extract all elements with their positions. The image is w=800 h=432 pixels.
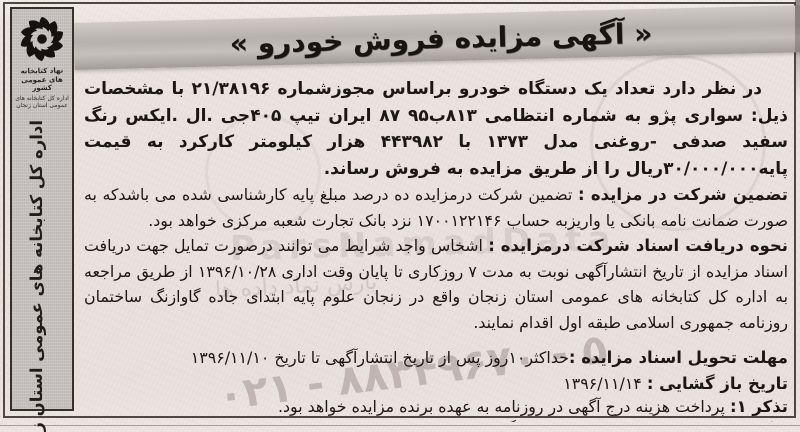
section-label: تاریخ باز گشایی :	[647, 374, 788, 393]
page-fold-line	[0, 425, 800, 426]
section-text: پرداخت هزینه درج آگهی در روزنامه به عهده…	[278, 397, 730, 416]
section-guarantee: تضمین شرکت در مزایده : تضمین شرکت درمزای…	[84, 182, 788, 233]
admin-office-small-name: اداره کل کتابخانه های عمومی استان زنجان	[12, 94, 72, 110]
section-delivery-deadline: مهلت تحویل اسناد مزایده :حداکثر۱۰روز پس …	[84, 345, 788, 371]
section-label: نحوه دریافت اسناد شرکت درمزایده :	[488, 236, 788, 255]
section-text: حداکثر۱۰روز پس از تاریخ انتشارآگهی تا تا…	[191, 348, 569, 367]
section-label: تذکر ۲:	[730, 419, 788, 422]
ad-body: در نظر دارد تعداد یک دستگاه خودرو براساس…	[84, 70, 788, 422]
section-label: مهلت تحویل اسناد مزایده :	[569, 348, 788, 367]
section-text: ۱۳۹۶/۱۱/۱۴	[563, 374, 647, 393]
section-note-1: تذکر ۱: پرداخت هزینه درج آگهی در روزنامه…	[84, 396, 788, 418]
sidebar-vertical-title: اداره کل کتابخانه های عمومی استان زنجان	[12, 120, 62, 408]
section-text: سایرشرایط در اسناد مزایده قیدگردیده است …	[423, 419, 729, 422]
section-note-2: تذکر ۲: سایرشرایط در اسناد مزایده قیدگرد…	[84, 418, 788, 422]
newspaper-page: { "page": { "title": "« آگهی مزایده فروش…	[0, 0, 800, 432]
scan-edge-artifact	[795, 0, 800, 100]
section-opening-date: تاریخ باز گشایی : ۱۳۹۶/۱۱/۱۴	[84, 371, 788, 397]
section-label: تضمین شرکت در مزایده :	[578, 185, 788, 204]
section-label: تذکر ۱:	[730, 397, 788, 416]
foundation-script-name: نهاد کتابخانه های عمومی کشور	[12, 64, 72, 94]
libraries-foundation-logo-icon	[18, 15, 66, 63]
intro-paragraph: در نظر دارد تعداد یک دستگاه خودرو براساس…	[84, 76, 788, 182]
section-how-to-get-documents: نحوه دریافت اسناد شرکت درمزایده : اشخاس …	[84, 233, 788, 335]
